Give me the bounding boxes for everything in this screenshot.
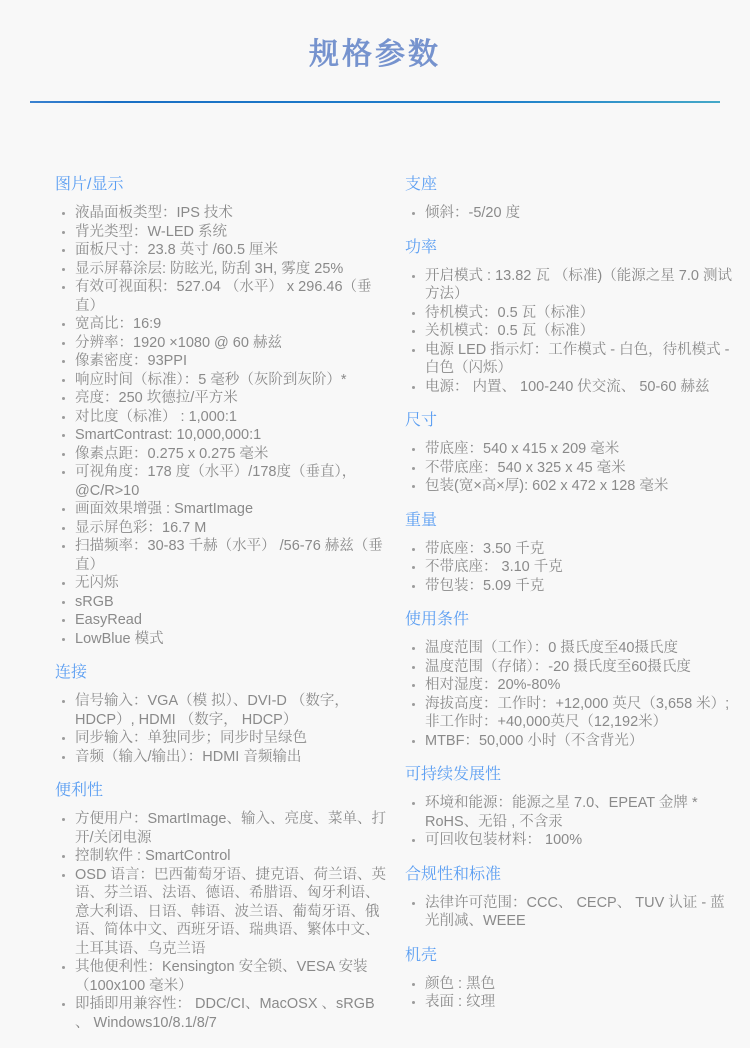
list-item: 分辨率：1920 ×1080 @ 60 赫兹	[55, 334, 390, 353]
list-item: LowBlue 模式	[55, 630, 390, 649]
spec-list: 开启模式 : 13.82 瓦 （标准)（能源之星 7.0 测试方法）待机模式：0…	[405, 267, 737, 397]
list-item: EasyRead	[55, 611, 390, 630]
section-heading: 尺寸	[405, 411, 737, 431]
spec-columns: 图片/显示液晶面板类型：IPS 技术背光类型：W-LED 系统面板尺寸：23.8…	[0, 175, 750, 1047]
spec-list: 液晶面板类型：IPS 技术背光类型：W-LED 系统面板尺寸：23.8 英寸 /…	[55, 204, 390, 648]
section-heading: 功率	[405, 238, 737, 258]
spec-section: 连接信号输入：VGA（模 拟）、DVI-D （数字，HDCP）, HDMI （数…	[55, 663, 390, 766]
spec-column-left: 图片/显示液晶面板类型：IPS 技术背光类型：W-LED 系统面板尺寸：23.8…	[55, 175, 390, 1047]
list-item: 关机模式：0.5 瓦（标准）	[405, 322, 737, 341]
spec-list: 带底座：3.50 千克不带底座： 3.10 千克带包装：5.09 千克	[405, 540, 737, 596]
spec-section: 功率开启模式 : 13.82 瓦 （标准)（能源之星 7.0 测试方法）待机模式…	[405, 238, 737, 397]
spec-section: 重量带底座：3.50 千克不带底座： 3.10 千克带包装：5.09 千克	[405, 511, 737, 596]
spec-list: 温度范围（工作）：0 摄氏度至40摄氏度温度范围（存储）：-20 摄氏度至60摄…	[405, 639, 737, 750]
list-item: 电源： 内置、 100-240 伏交流、 50-60 赫兹	[405, 378, 737, 397]
list-item: 温度范围（工作）：0 摄氏度至40摄氏度	[405, 639, 737, 658]
list-item: 带底座：3.50 千克	[405, 540, 737, 559]
list-item: 带底座：540 x 415 x 209 毫米	[405, 440, 737, 459]
list-item: MTBF：50,000 小时（不含背光）	[405, 732, 737, 751]
list-item: 画面效果增强 : SmartImage	[55, 500, 390, 519]
list-item: 倾斜：-5/20 度	[405, 204, 737, 223]
section-heading: 支座	[405, 175, 737, 195]
spec-page: 规格参数 图片/显示液晶面板类型：IPS 技术背光类型：W-LED 系统面板尺寸…	[0, 0, 750, 1048]
section-heading: 便利性	[55, 781, 390, 801]
title-divider	[30, 101, 720, 103]
list-item: 开启模式 : 13.82 瓦 （标准)（能源之星 7.0 测试方法）	[405, 267, 737, 304]
spec-section: 便利性方便用户：SmartImage、输入、亮度、菜单、打开/关闭电源控制软件 …	[55, 781, 390, 1032]
list-item: 不带底座： 3.10 千克	[405, 558, 737, 577]
spec-section: 图片/显示液晶面板类型：IPS 技术背光类型：W-LED 系统面板尺寸：23.8…	[55, 175, 390, 648]
spec-column-right: 支座倾斜：-5/20 度功率开启模式 : 13.82 瓦 （标准)（能源之星 7…	[405, 175, 737, 1027]
spec-list: 倾斜：-5/20 度	[405, 204, 737, 223]
list-item: 面板尺寸：23.8 英寸 /60.5 厘米	[55, 241, 390, 260]
spec-list: 带底座：540 x 415 x 209 毫米不带底座：540 x 325 x 4…	[405, 440, 737, 496]
list-item: 待机模式：0.5 瓦（标准）	[405, 304, 737, 323]
spec-section: 可持续发展性环境和能源：能源之星 7.0、EPEAT 金牌 * RoHS、无铅 …	[405, 765, 737, 850]
spec-section: 使用条件温度范围（工作）：0 摄氏度至40摄氏度温度范围（存储）：-20 摄氏度…	[405, 610, 737, 750]
spec-section: 机壳颜色 : 黑色表面 : 纹理	[405, 946, 737, 1012]
list-item: 即插即用兼容性： DDC/CI、MacOSX 、sRGB 、 Windows10…	[55, 995, 390, 1032]
page-header: 规格参数	[0, 0, 750, 73]
list-item: 环境和能源：能源之星 7.0、EPEAT 金牌 * RoHS、无铅 , 不含汞	[405, 794, 737, 831]
list-item: 控制软件 : SmartControl	[55, 847, 390, 866]
list-item: OSD 语言：巴西葡萄牙语、捷克语、荷兰语、英语、芬兰语、法语、德语、希腊语、匈…	[55, 866, 390, 959]
list-item: 包装(宽×高×厚): 602 x 472 x 128 毫米	[405, 477, 737, 496]
list-item: 带包装：5.09 千克	[405, 577, 737, 596]
list-item: 温度范围（存储）：-20 摄氏度至60摄氏度	[405, 658, 737, 677]
spec-section: 支座倾斜：-5/20 度	[405, 175, 737, 223]
list-item: 可视角度：178 度（水平）/178度（垂直），@C/R>10	[55, 463, 390, 500]
section-heading: 连接	[55, 663, 390, 683]
list-item: 宽高比：16:9	[55, 315, 390, 334]
list-item: 显示屏色彩：16.7 M	[55, 519, 390, 538]
list-item: 相对湿度：20%-80%	[405, 676, 737, 695]
list-item: 扫描频率：30-83 千赫（水平） /56-76 赫兹（垂直）	[55, 537, 390, 574]
list-item: 像素点距：0.275 x 0.275 毫米	[55, 445, 390, 464]
spec-list: 环境和能源：能源之星 7.0、EPEAT 金牌 * RoHS、无铅 , 不含汞可…	[405, 794, 737, 850]
list-item: 不带底座：540 x 325 x 45 毫米	[405, 459, 737, 478]
spec-list: 方便用户：SmartImage、输入、亮度、菜单、打开/关闭电源控制软件 : S…	[55, 810, 390, 1032]
list-item: 液晶面板类型：IPS 技术	[55, 204, 390, 223]
section-heading: 图片/显示	[55, 175, 390, 195]
list-item: 方便用户：SmartImage、输入、亮度、菜单、打开/关闭电源	[55, 810, 390, 847]
list-item: 显示屏幕涂层: 防眩光, 防刮 3H, 雾度 25%	[55, 260, 390, 279]
list-item: 海拔高度：工作时：+12,000 英尺（3,658 米）; 非工作时：+40,0…	[405, 695, 737, 732]
list-item: 有效可视面积：527.04 （水平） x 296.46（垂直）	[55, 278, 390, 315]
spec-list: 颜色 : 黑色表面 : 纹理	[405, 975, 737, 1012]
section-heading: 机壳	[405, 946, 737, 966]
list-item: 表面 : 纹理	[405, 993, 737, 1012]
list-item: 响应时间（标准）：5 毫秒（灰阶到灰阶）*	[55, 371, 390, 390]
list-item: 音频（输入/输出）：HDMI 音频输出	[55, 748, 390, 767]
list-item: 电源 LED 指示灯：工作模式 - 白色，待机模式 - 白色（闪烁）	[405, 341, 737, 378]
page-title: 规格参数	[0, 37, 750, 73]
list-item: 无闪烁	[55, 574, 390, 593]
list-item: 颜色 : 黑色	[405, 975, 737, 994]
section-heading: 可持续发展性	[405, 765, 737, 785]
spec-list: 信号输入：VGA（模 拟）、DVI-D （数字，HDCP）, HDMI （数字，…	[55, 692, 390, 766]
list-item: 其他便利性：Kensington 安全锁、VESA 安装（100x100 毫米）	[55, 958, 390, 995]
list-item: 同步输入：单独同步；同步时呈绿色	[55, 729, 390, 748]
list-item: 亮度：250 坎德拉/平方米	[55, 389, 390, 408]
section-heading: 重量	[405, 511, 737, 531]
list-item: 像素密度：93PPI	[55, 352, 390, 371]
list-item: SmartContrast: 10,000,000:1	[55, 426, 390, 445]
section-heading: 使用条件	[405, 610, 737, 630]
spec-list: 法律许可范围：CCC、 CECP、 TUV 认证 - 蓝光削减、WEEE	[405, 894, 737, 931]
spec-section: 尺寸带底座：540 x 415 x 209 毫米不带底座：540 x 325 x…	[405, 411, 737, 496]
list-item: 背光类型：W-LED 系统	[55, 223, 390, 242]
spec-section: 合规性和标准法律许可范围：CCC、 CECP、 TUV 认证 - 蓝光削减、WE…	[405, 865, 737, 931]
section-heading: 合规性和标准	[405, 865, 737, 885]
list-item: 法律许可范围：CCC、 CECP、 TUV 认证 - 蓝光削减、WEEE	[405, 894, 737, 931]
list-item: 可回收包装材料： 100%	[405, 831, 737, 850]
list-item: sRGB	[55, 593, 390, 612]
list-item: 对比度（标准） : 1,000:1	[55, 408, 390, 427]
list-item: 信号输入：VGA（模 拟）、DVI-D （数字，HDCP）, HDMI （数字，…	[55, 692, 390, 729]
